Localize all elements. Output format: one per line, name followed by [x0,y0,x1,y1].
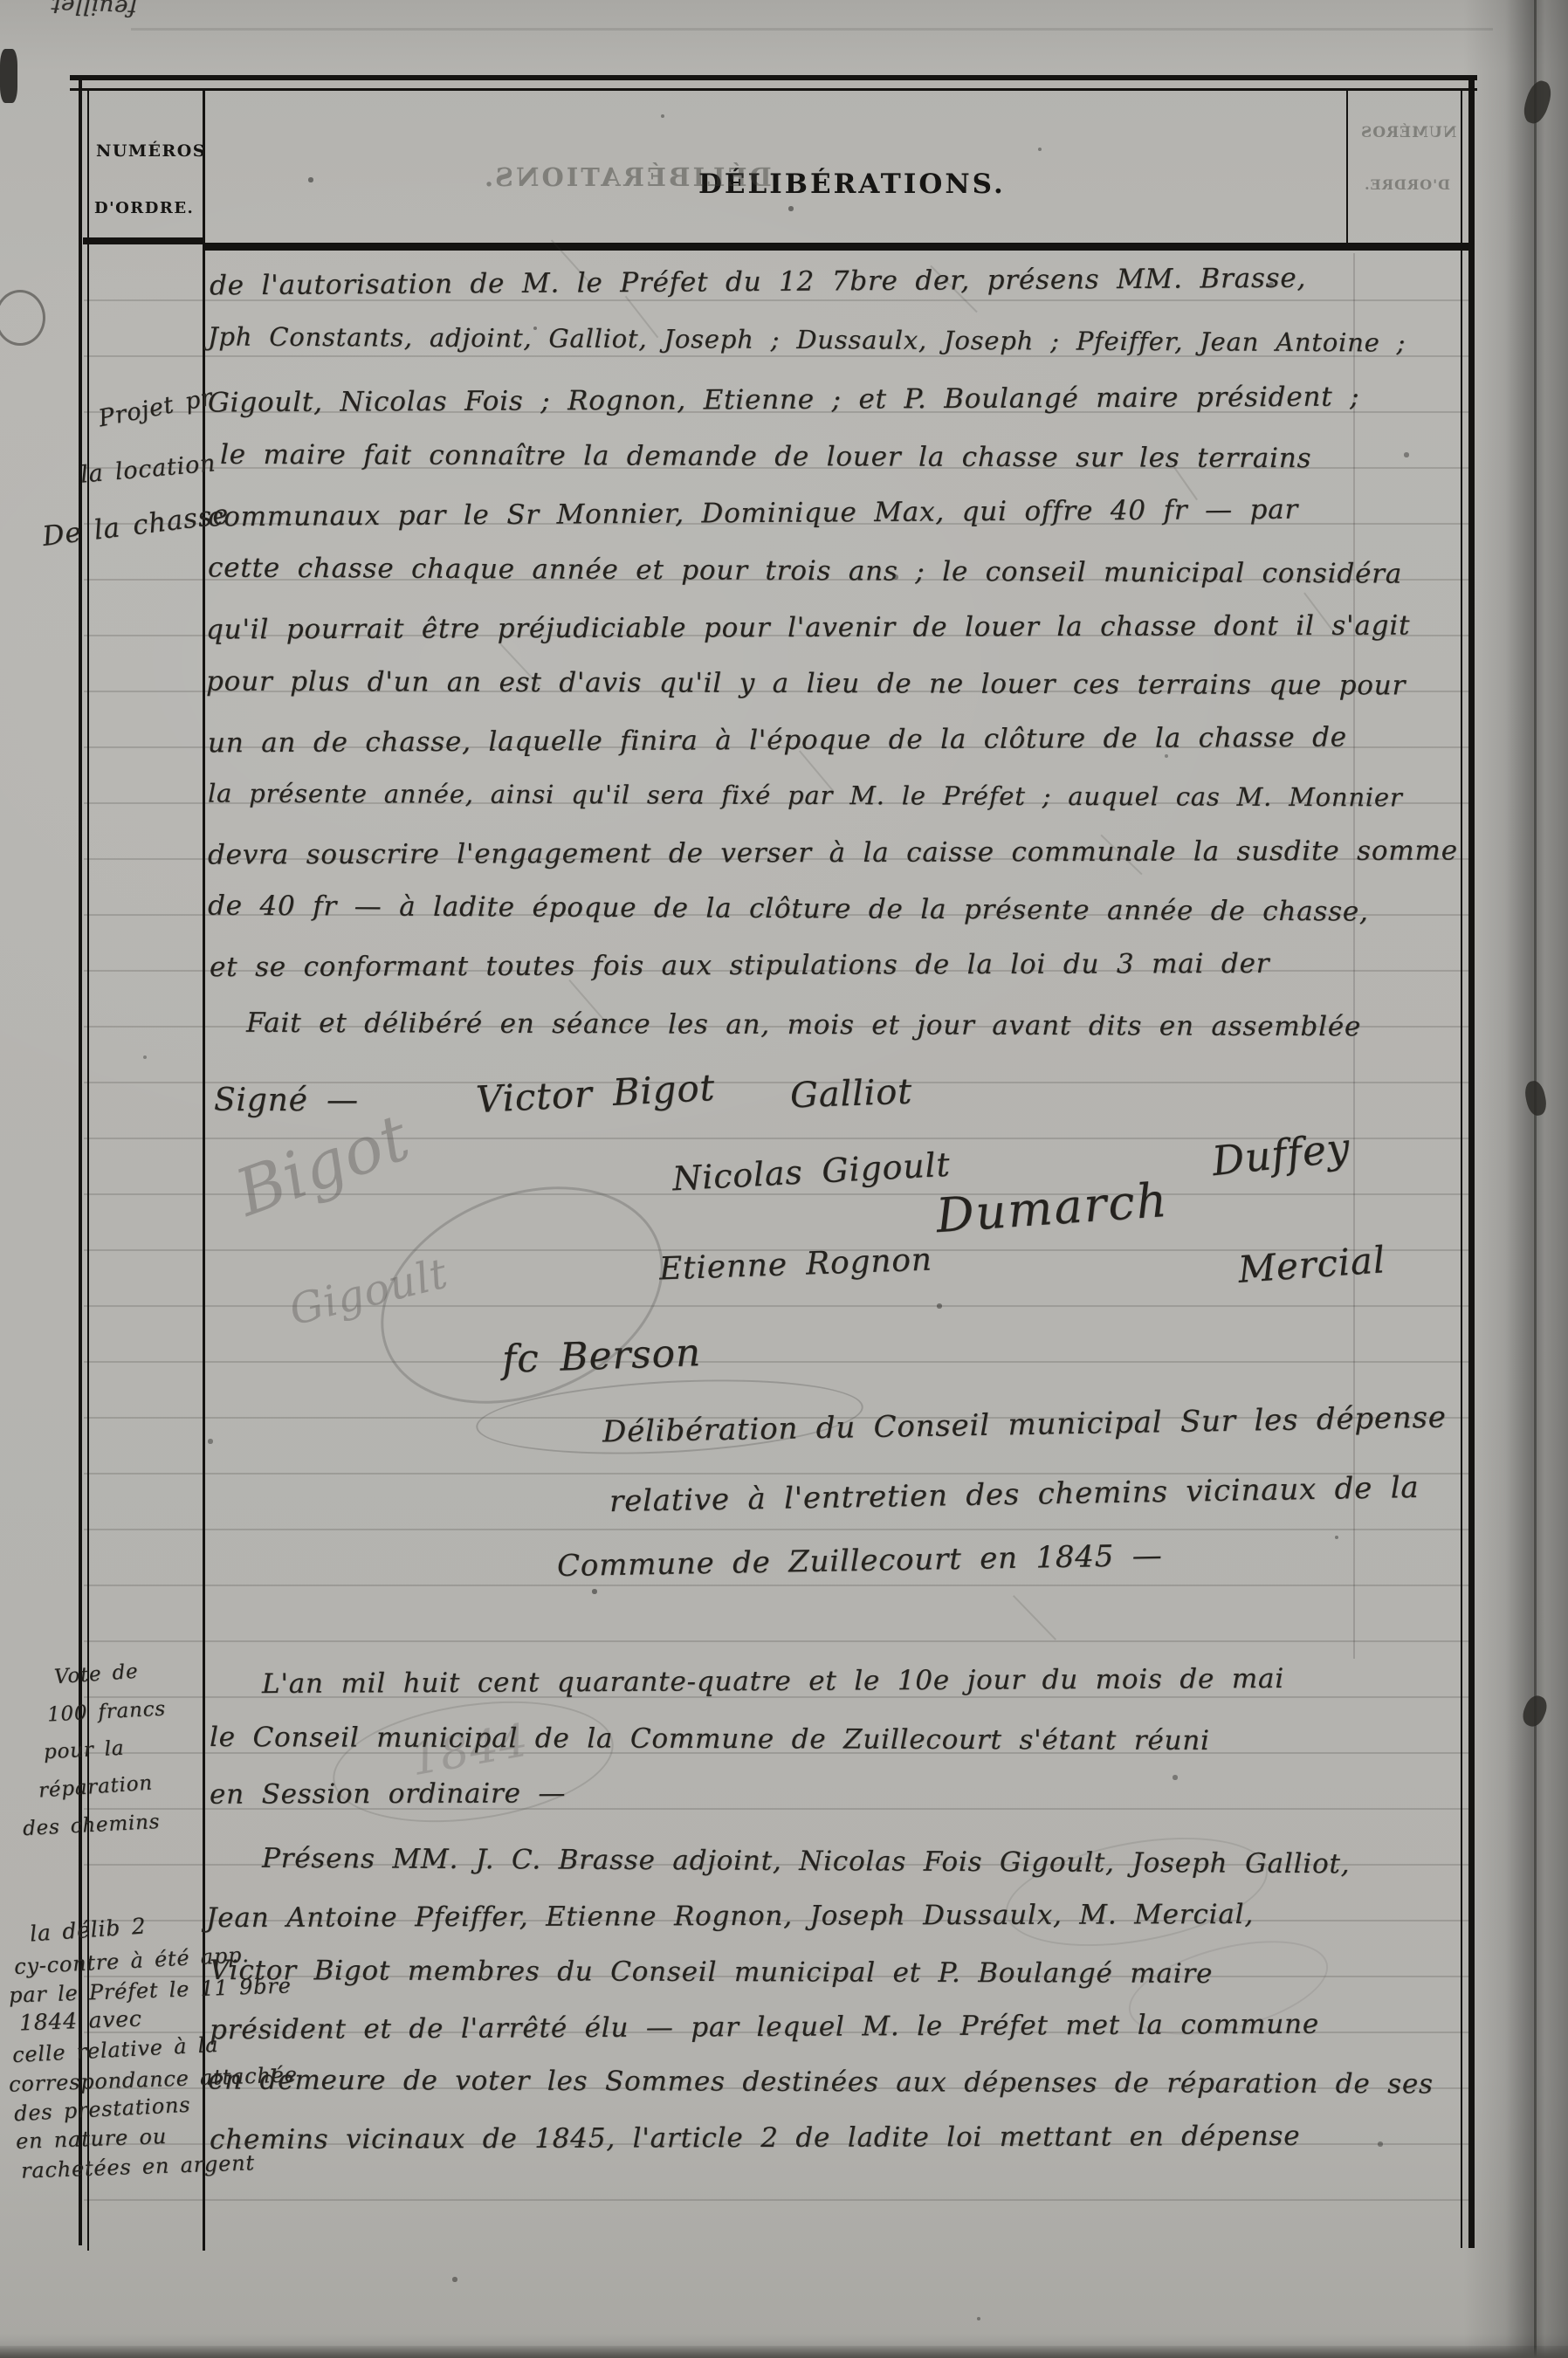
binding-thread [1534,0,1537,2358]
frame-top-outer-rule [70,75,1477,80]
manuscript-line: devra souscrire l'engagement de verser à… [208,835,1458,871]
margin-note-vote-line: des chemins [22,1811,160,1840]
pencil-ghost-signature: Bigot [226,1100,419,1231]
margin-note-vote-line: pour la [43,1737,125,1764]
edge-ink-blot [0,49,17,103]
manuscript-line: le Conseil municipal de la Commune de Zu… [210,1722,1210,1756]
binding-gutter [1463,0,1568,2358]
order-column-header-line1: NUMÉROS [96,141,206,161]
signature-dumarch: Dumarch [934,1172,1170,1243]
margin-note-approval-line: des prestations [13,2093,191,2127]
bleedthrough-title: DÉLIBÉRATIONS. [482,162,772,192]
manuscript-line: communaux par le Sr Monnier, Dominique M… [208,494,1298,533]
manuscript-line: pour plus d'un an est d'avis qu'il y a l… [206,666,1406,702]
header-bottom-rule-left [83,237,203,244]
order-column-header-line2: D'ORDRE. [94,199,194,217]
margin-note-vote-line: 100 francs [46,1697,166,1726]
signature-nicolas-gigoult: Nicolas Gigoult [671,1145,951,1199]
page-bottom-edge [0,2346,1568,2358]
manuscript-line: et se conformant toutes fois aux stipula… [210,948,1269,983]
manuscript-line: Victor Bigot membres du Conseil municipa… [210,1955,1213,1990]
margin-note-chasse-line: la location [79,450,217,488]
manuscript-line: un an de chasse, laquelle finira à l'épo… [208,722,1347,760]
manuscript-line: le maire fait connaître la demande de lo… [220,439,1311,474]
manuscript-line: de 40 fr — à ladite époque de la clôture… [208,890,1369,928]
corner-note: feuillet [51,0,138,21]
margin-note-approval-line: en nature ou [16,2124,168,2154]
manuscript-line: Gigoult, Nicolas Fois ; Rognon, Etienne … [208,382,1360,419]
scan-band [131,28,1493,31]
manuscript-line: L'an mil huit cent quarante-quatre et le… [262,1663,1284,1700]
margin-note-approval-line: celle relative à la [11,2032,218,2067]
margin-note-vote-line: Vote de [53,1660,139,1689]
deliberation-heading-line: relative à l'entretien des chemins vicin… [609,1470,1420,1519]
manuscript-line: Présens MM. J. C. Brasse adjoint, Nicola… [262,1843,1351,1880]
manuscript-line: de l'autorisation de M. le Préfet du 12 … [210,263,1306,302]
bleed-column-rule [1353,253,1355,1659]
manuscript-line: en Session ordinaire — [210,1777,566,1810]
ink-bleed-mark [1013,1595,1056,1640]
margin-note-chasse-line: Projet pr [96,384,215,433]
signature-duffey: Duffey [1210,1124,1352,1185]
manuscript-line: en demeure de voter les Sommes destinées… [208,2065,1434,2100]
edge-flourish [0,290,45,346]
header-bottom-rule-main [205,243,1468,251]
frame-right-inner-rule [1461,88,1462,2248]
manuscript-line: Fait et délibéré en séance les an, mois … [246,1007,1361,1042]
manuscript-line: chemins vicinaux de 1845, l'article 2 de… [210,2121,1300,2155]
header-right-cell-rule [1346,88,1348,247]
signature-victor-bigot: Victor Bigot [475,1066,716,1121]
signature-mercial: Mercial [1236,1238,1386,1291]
margin-note-vote-line: réparation [38,1771,154,1802]
manuscript-line: la présente année, ainsi qu'il sera fixé… [208,779,1403,813]
bleedthrough-order-line1: NUMÉROS [1360,124,1456,141]
manuscript-line: Jph Constants, adjoint, Galliot, Joseph … [208,321,1406,357]
margin-note-approval-line: la délib 2 [29,1913,147,1946]
manuscript-line: qu'il pourrait être préjudiciable pour l… [206,610,1410,646]
manuscript-line: cette chasse chaque année et pour trois … [208,552,1402,589]
margin-note-approval-line: 1844 avec [19,2006,143,2036]
frame-top-inner-rule [70,88,1477,91]
paper-speckles [0,0,2,2]
bleedthrough-order-line2: D'ORDRE. [1364,176,1450,193]
manuscript-line: président et de l'arrêté élu — par leque… [210,2009,1319,2046]
pencil-scribble [997,1819,1276,1963]
register-page: NUMÉROS D'ORDRE. DÉLIBÉRATIONS. DÉLIBÉRA… [0,0,1568,2358]
signature-etienne-rognon: Etienne Rognon [658,1242,932,1288]
deliberation-heading-line: Commune de Zuillecourt en 1845 — [557,1538,1163,1584]
signature-label: Signé — [214,1083,359,1118]
signature-galliot: Galliot [789,1072,912,1117]
manuscript-line: Jean Antoine Pfeiffer, Etienne Rognon, J… [206,1899,1254,1934]
